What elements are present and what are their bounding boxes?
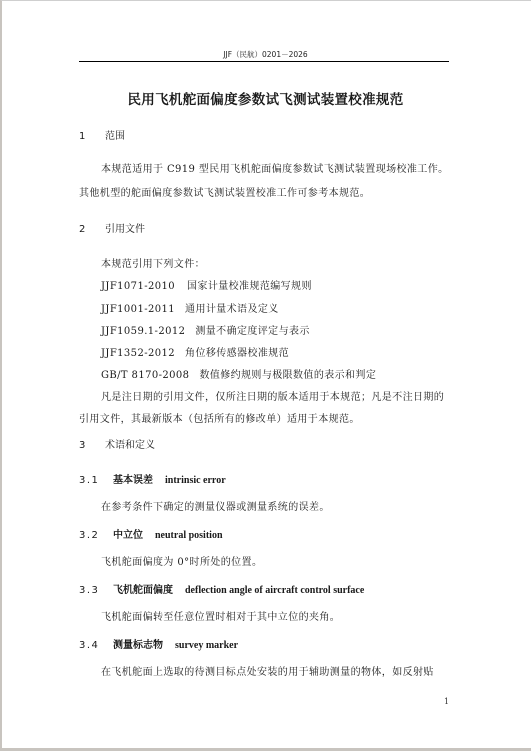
section-title: 范围 <box>105 131 125 142</box>
reference-title: 国家计量校准规范编写规则 <box>187 281 312 292</box>
term-definition: 飞机舵面偏转至任意位置时相对于其中立位的夹角。 <box>101 608 340 623</box>
section-title: 引用文件 <box>105 224 145 235</box>
term-english: intrinsic error <box>165 475 226 486</box>
term-chinese: 飞机舵面偏度 <box>113 585 173 596</box>
reference-title: 测量不确定度评定与表示 <box>195 326 309 337</box>
term-chinese: 基本误差 <box>113 475 153 486</box>
reference-title: 角位移传感器校准规范 <box>185 348 289 359</box>
term-definition: 飞机舵面偏度为 0°时所处的位置。 <box>101 553 262 568</box>
reference-title: 通用计量术语及定义 <box>185 304 279 315</box>
header-rule <box>79 61 449 62</box>
section-1-paragraph-line-1: 本规范适用于 C919 型民用飞机舵面偏度参数试飞测试装置现场校准工作。 <box>101 160 449 175</box>
term-chinese: 测量标志物 <box>113 640 163 651</box>
term-number: 3.3 <box>79 585 113 596</box>
page-number: 1 <box>444 697 449 706</box>
term-number: 3.2 <box>79 530 113 541</box>
reference-code: JJF1071-2010 <box>101 281 175 292</box>
term-english: neutral position <box>155 530 223 541</box>
section-number: 1 <box>79 131 105 142</box>
section-1-paragraph-line-2: 其他机型的舵面偏度参数试飞测试装置校准工作可参考本规范。 <box>79 184 370 199</box>
section-number: 3 <box>79 440 105 451</box>
section-number: 2 <box>79 224 105 235</box>
references-intro: 本规范引用下列文件： <box>101 255 205 270</box>
term-chinese: 中立位 <box>113 530 143 541</box>
reference-item: JJF1352-2012角位移传感器校准规范 <box>101 344 289 359</box>
reference-item: JJF1071-2010国家计量校准规范编写规则 <box>101 277 312 292</box>
term-english: deflection angle of aircraft control sur… <box>185 585 364 596</box>
reference-title: 数值修约规则与极限数值的表示和判定 <box>199 370 376 381</box>
reference-code: GB/T 8170-2008 <box>101 370 189 381</box>
section-2-heading: 2引用文件 <box>79 220 145 235</box>
reference-code: JJF1001-2011 <box>101 304 175 315</box>
section-1-heading: 1范围 <box>79 127 125 142</box>
section-3-heading: 3术语和定义 <box>79 436 155 451</box>
references-note-line-1: 凡是注日期的引用文件，仅所注日期的版本适用于本规范；凡是不注日期的 <box>101 388 444 403</box>
term-heading: 3.4测量标志物survey marker <box>79 636 238 651</box>
reference-item: GB/T 8170-2008数值修约规则与极限数值的表示和判定 <box>101 366 376 381</box>
term-definition: 在参考条件下确定的测量仪器或测量系统的误差。 <box>101 498 330 513</box>
reference-code: JJF1059.1-2012 <box>101 326 185 337</box>
term-number: 3.1 <box>79 475 113 486</box>
term-heading: 3.2中立位neutral position <box>79 526 223 541</box>
term-english: survey marker <box>175 640 238 651</box>
document-title: 民用飞机舵面偏度参数试飞测试装置校准规范 <box>0 88 531 108</box>
reference-code: JJF1352-2012 <box>101 348 175 359</box>
reference-item: JJF1001-2011通用计量术语及定义 <box>101 300 279 315</box>
section-title: 术语和定义 <box>105 440 155 451</box>
references-note-line-2: 引用文件，其最新版本（包括所有的修改单）适用于本规范。 <box>79 410 360 425</box>
term-definition: 在飞机舵面上选取的待测目标点处安装的用于辅助测量的物体，如反射贴 <box>101 663 434 678</box>
term-number: 3.4 <box>79 640 113 651</box>
term-heading: 3.3飞机舵面偏度deflection angle of aircraft co… <box>79 581 364 596</box>
standard-code-header: JJF（民航）0201－2026 <box>0 49 531 60</box>
term-heading: 3.1基本误差intrinsic error <box>79 471 226 486</box>
reference-item: JJF1059.1-2012测量不确定度评定与表示 <box>101 322 310 337</box>
